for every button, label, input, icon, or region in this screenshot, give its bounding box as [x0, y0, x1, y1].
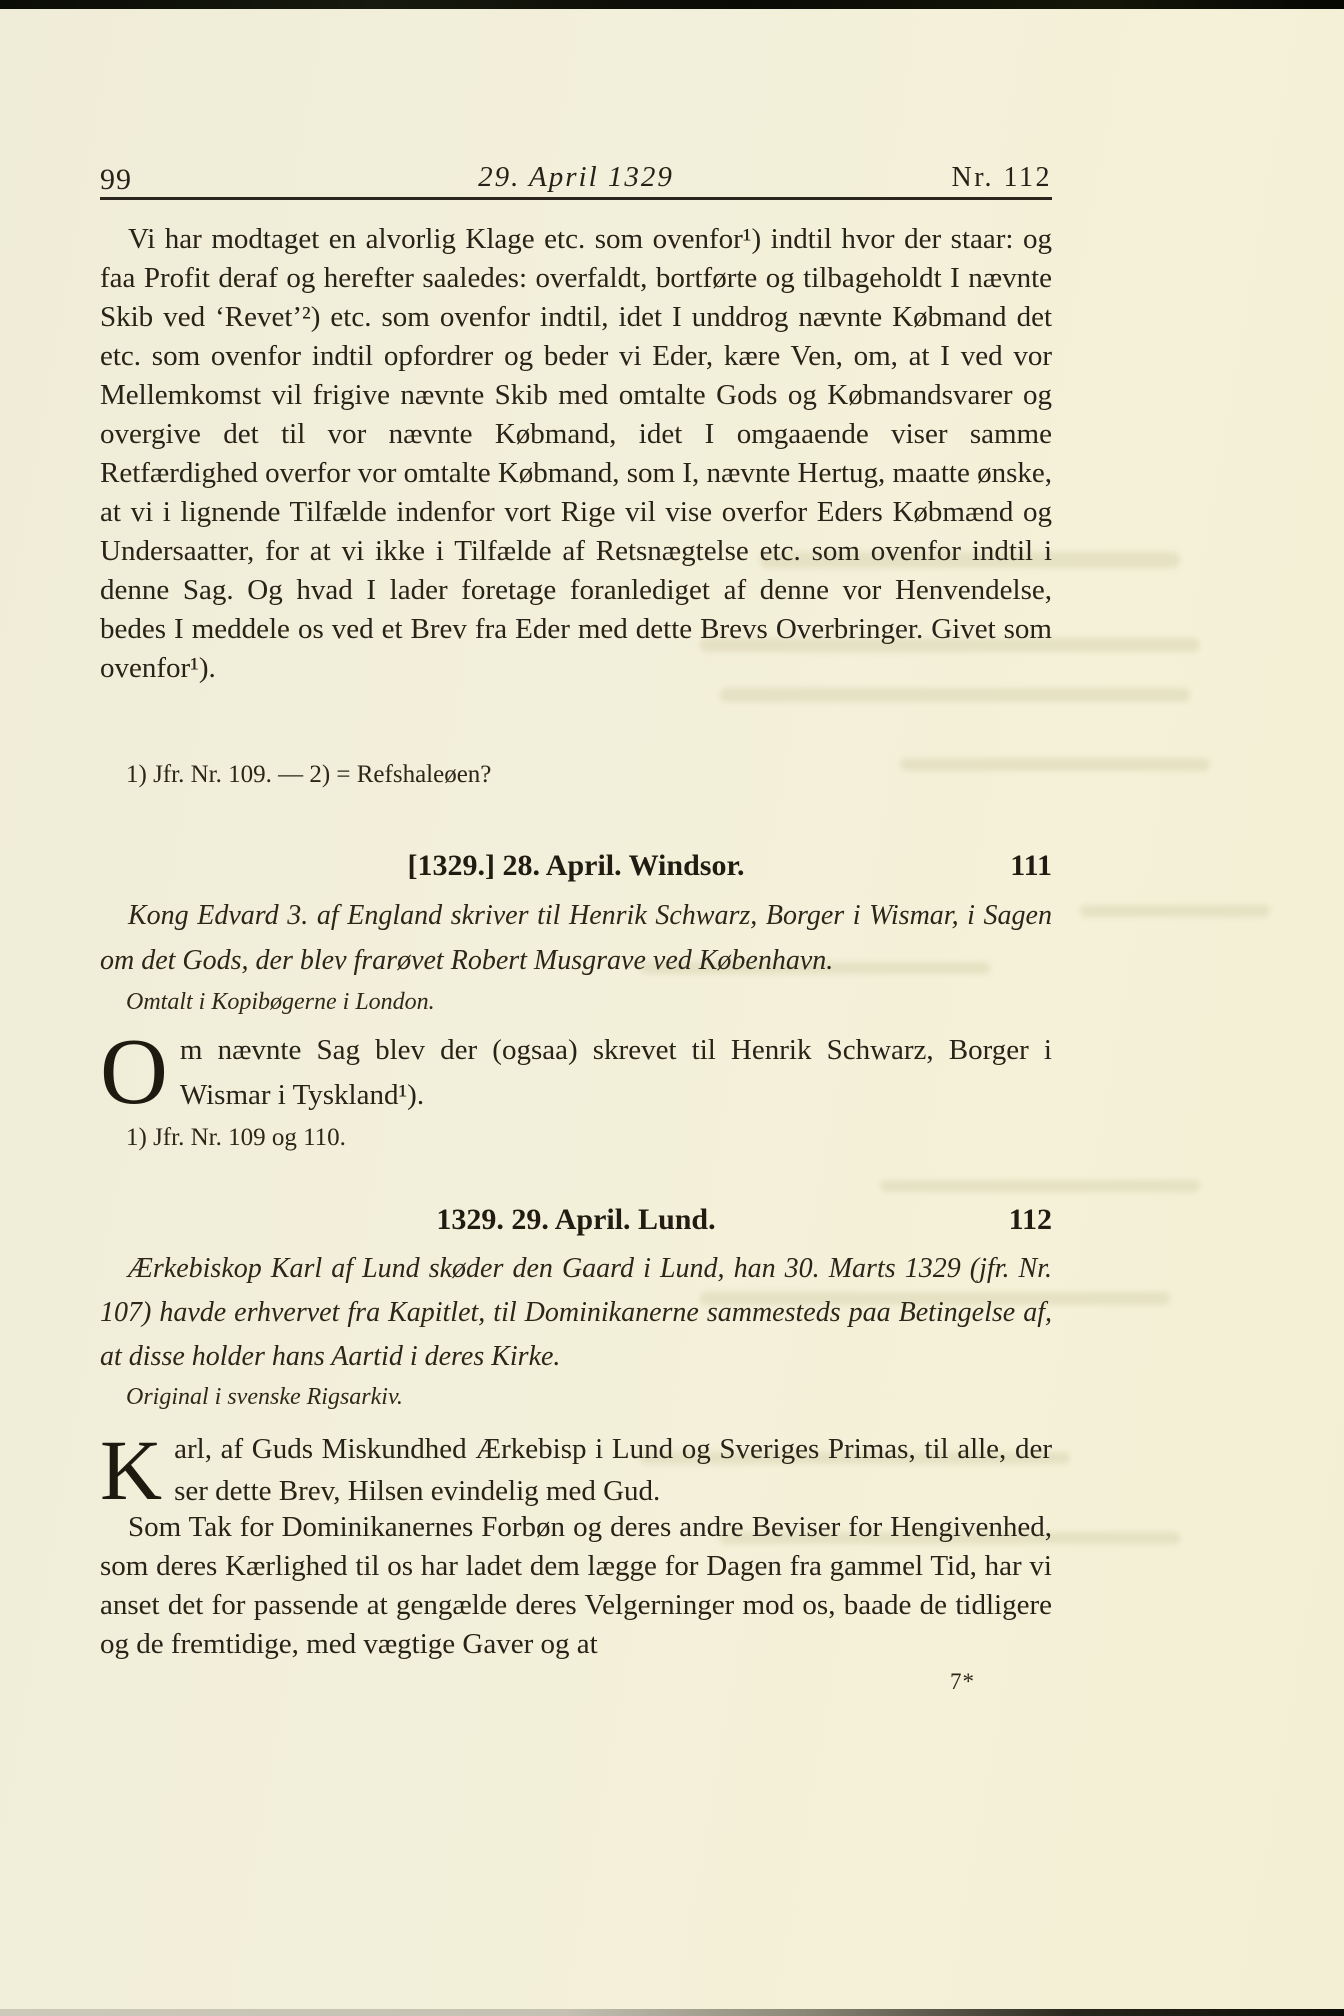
entry-111-heading: [1329.] 28. April. Windsor.	[407, 849, 744, 882]
scan-top-edge-artifact	[0, 0, 1344, 9]
header-rule	[100, 197, 1052, 200]
bleed-through-artifact	[880, 1180, 1200, 1192]
header-entry-number: Nr. 112	[952, 162, 1052, 194]
entry-112-summary: Ærkebiskop Karl af Lund skøder den Gaard…	[100, 1247, 1052, 1379]
scanned-book-page: 99 29. April 1329 Nr. 112 Vi har modtage…	[0, 0, 1344, 2016]
entry-110-footnote: 1) Jfr. Nr. 109. — 2) = Refshaleøen?	[100, 761, 1078, 789]
entry-111-source-note: Omtalt i Kopibøgerne i London.	[100, 989, 1078, 1016]
entry-112-body-text: arl, af Guds Miskundhed Ærkebisp i Lund …	[174, 1433, 1052, 1507]
entry-111-summary: Kong Edvard 3. af England skriver til He…	[100, 893, 1052, 983]
entry-112-paragraph-2: Som Tak for Dominikanernes Forbøn og der…	[100, 1508, 1052, 1664]
entry-110-continuation-text: Vi har modtaget en alvorlig Klage etc. s…	[100, 220, 1052, 688]
running-header: 99 29. April 1329 Nr. 112	[100, 161, 1052, 201]
entry-112-body: Karl, af Guds Miskundhed Ærkebisp i Lund…	[100, 1428, 1052, 1512]
entry-111-number: 111	[1010, 849, 1052, 883]
entry-112-heading: 1329. 29. April. Lund.	[436, 1203, 715, 1236]
scan-bottom-edge-artifact	[0, 2009, 1344, 2016]
entry-111-heading-row: [1329.] 28. April. Windsor. 111	[100, 849, 1052, 883]
entry-111-body: Om nævnte Sag blev der (ogsaa) skrevet t…	[100, 1028, 1052, 1118]
entry-112-number: 112	[1009, 1203, 1052, 1237]
entry-111-footnote: 1) Jfr. Nr. 109 og 110.	[100, 1124, 1078, 1152]
entry-112-heading-row: 1329. 29. April. Lund. 112	[100, 1203, 1052, 1237]
drop-cap-initial-K: K	[100, 1428, 174, 1508]
drop-cap-initial-O: O	[100, 1028, 180, 1112]
bleed-through-artifact	[1080, 905, 1270, 917]
running-title: 29. April 1329	[478, 161, 674, 193]
signature-mark: 7*	[950, 1669, 975, 1695]
entry-111-body-text: m nævnte Sag blev der (ogsaa) skrevet ti…	[180, 1034, 1052, 1111]
bleed-through-artifact	[720, 688, 1190, 702]
page-number: 99	[100, 163, 132, 197]
entry-112-source-note: Original i svenske Rigsarkiv.	[100, 1384, 1078, 1411]
